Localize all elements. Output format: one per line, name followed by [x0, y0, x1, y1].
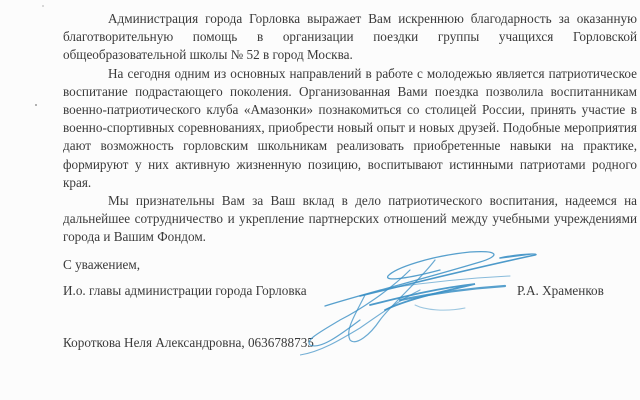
scan-speck: [42, 5, 44, 7]
closing-phrase: С уважением,: [63, 257, 140, 273]
paragraph-appreciation: Мы признательны Вам за Ваш вклад в дело …: [63, 192, 637, 247]
letter-page: Администрация города Горловка выражает В…: [0, 0, 640, 400]
letter-body: Администрация города Горловка выражает В…: [63, 10, 637, 247]
handwritten-signature: [300, 240, 545, 375]
paragraph-gratitude: Администрация города Горловка выражает В…: [63, 10, 637, 65]
signatory-name: Р.А. Храменков: [517, 283, 604, 299]
scan-speck: [35, 104, 37, 106]
signatory-title: И.о. главы администрации города Горловка: [63, 283, 307, 299]
paragraph-patriotic-education: На сегодня одним из основных направлений…: [63, 65, 637, 192]
contact-info: Короткова Неля Александровна, 0636788735: [63, 335, 314, 351]
